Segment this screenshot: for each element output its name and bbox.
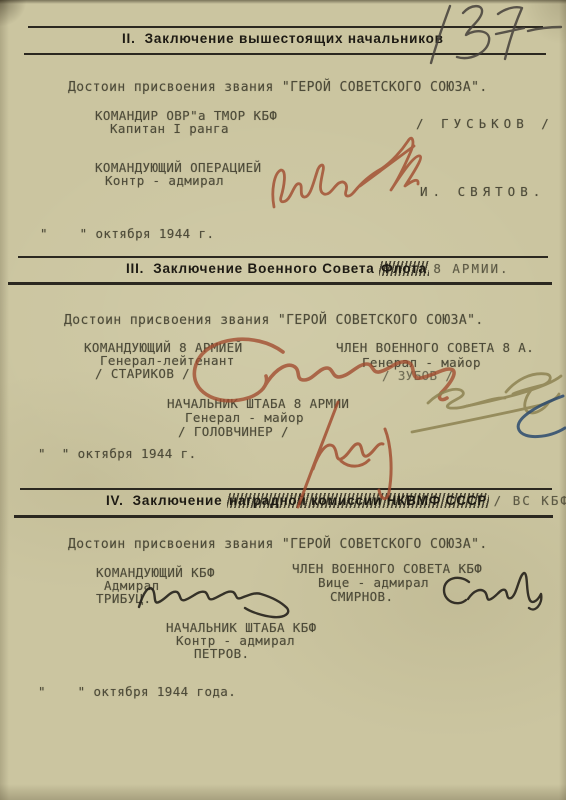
- s2-date: " " октября 1944 г.: [40, 226, 214, 241]
- golovchiner-signature: [298, 402, 391, 507]
- section-iii-number: III.: [126, 261, 144, 276]
- section-iv-rule-bottom: [14, 515, 553, 518]
- section-iii-struck-word: Флота: [379, 261, 429, 276]
- section-ii-rule-top: [28, 26, 543, 28]
- s3-center-name: / ГОЛОВЧИНЕР /: [178, 424, 289, 439]
- section-iii-rule-top: [18, 256, 548, 258]
- s4-right-rank: Вице - адмирал: [318, 575, 429, 590]
- section-ii-title: Заключение вышестоящих начальников: [145, 31, 444, 46]
- section-iii-heading: III.Заключение Военного Совета Флота 8 А…: [126, 261, 510, 276]
- s3-verdict: Достоин присвоения звания "ГЕРОЙ СОВЕТСК…: [64, 313, 484, 328]
- s4-left-name: ТРИБУЦ.: [96, 591, 151, 606]
- s3-left-name: / СТАРИКОВ /: [95, 366, 190, 381]
- section-iv-struck-phrase: наградной комиссии НКВМФ СССР: [227, 493, 489, 508]
- tribuc-signature: [139, 588, 288, 617]
- section-iii-rule-bottom: [8, 282, 552, 285]
- section-ii-rule-bottom: [24, 53, 546, 55]
- section-ii-number: II.: [122, 31, 136, 46]
- section-iv-number: IV.: [106, 493, 124, 508]
- s3-date: " " октября 1944 г.: [38, 446, 197, 461]
- s3-right-name: / ЗУБОВ /: [382, 368, 453, 383]
- s4-right-post: ЧЛЕН ВОЕННОГО СОВЕТА КБФ: [292, 561, 482, 576]
- s2-signer2-rank: Контр - адмирал: [105, 173, 224, 188]
- section-iii-typed-amendment: 8 АРМИИ.: [433, 261, 509, 276]
- s2-signer1-name: / ГУСЬКОВ /: [416, 116, 554, 131]
- smirnov-signature: [444, 573, 541, 609]
- s3-center-post: НАЧАЛЬНИК ШТАБА 8 АРМИИ: [167, 396, 349, 411]
- section-iv-typed-amendment: / ВС КБФ .: [494, 493, 566, 508]
- s3-right-post: ЧЛЕН ВОЕННОГО СОВЕТА 8 А.: [336, 340, 534, 355]
- section-ii-heading: II.Заключение вышестоящих начальников: [122, 31, 444, 46]
- s2-verdict: Достоин присвоения звания "ГЕРОЙ СОВЕТСК…: [68, 80, 488, 95]
- s3-center-rank: Генерал - майор: [185, 410, 304, 425]
- section-iii-title: Заключение Военного Совета: [153, 261, 374, 276]
- s4-verdict: Достоин присвоения звания "ГЕРОЙ СОВЕТСК…: [68, 537, 488, 552]
- blue-ink-stroke: [518, 396, 565, 437]
- s4-center-name: ПЕТРОВ.: [194, 646, 249, 661]
- section-iv-title: Заключение: [133, 493, 223, 508]
- section-iv-heading: IV.Заключение наградной комиссии НКВМФ С…: [106, 493, 566, 508]
- award-sheet-page: II.Заключение вышестоящих начальников До…: [0, 0, 566, 800]
- s2-signer2-name: И. СВЯТОВ.: [420, 184, 545, 199]
- s2-signer1-rank: Капитан I ранга: [110, 121, 229, 136]
- s4-right-name: СМИРНОВ.: [330, 589, 393, 604]
- s4-date: " " октября 1944 года.: [38, 684, 236, 699]
- svyatov-signature: [273, 138, 421, 207]
- section-iv-rule-top: [20, 488, 552, 490]
